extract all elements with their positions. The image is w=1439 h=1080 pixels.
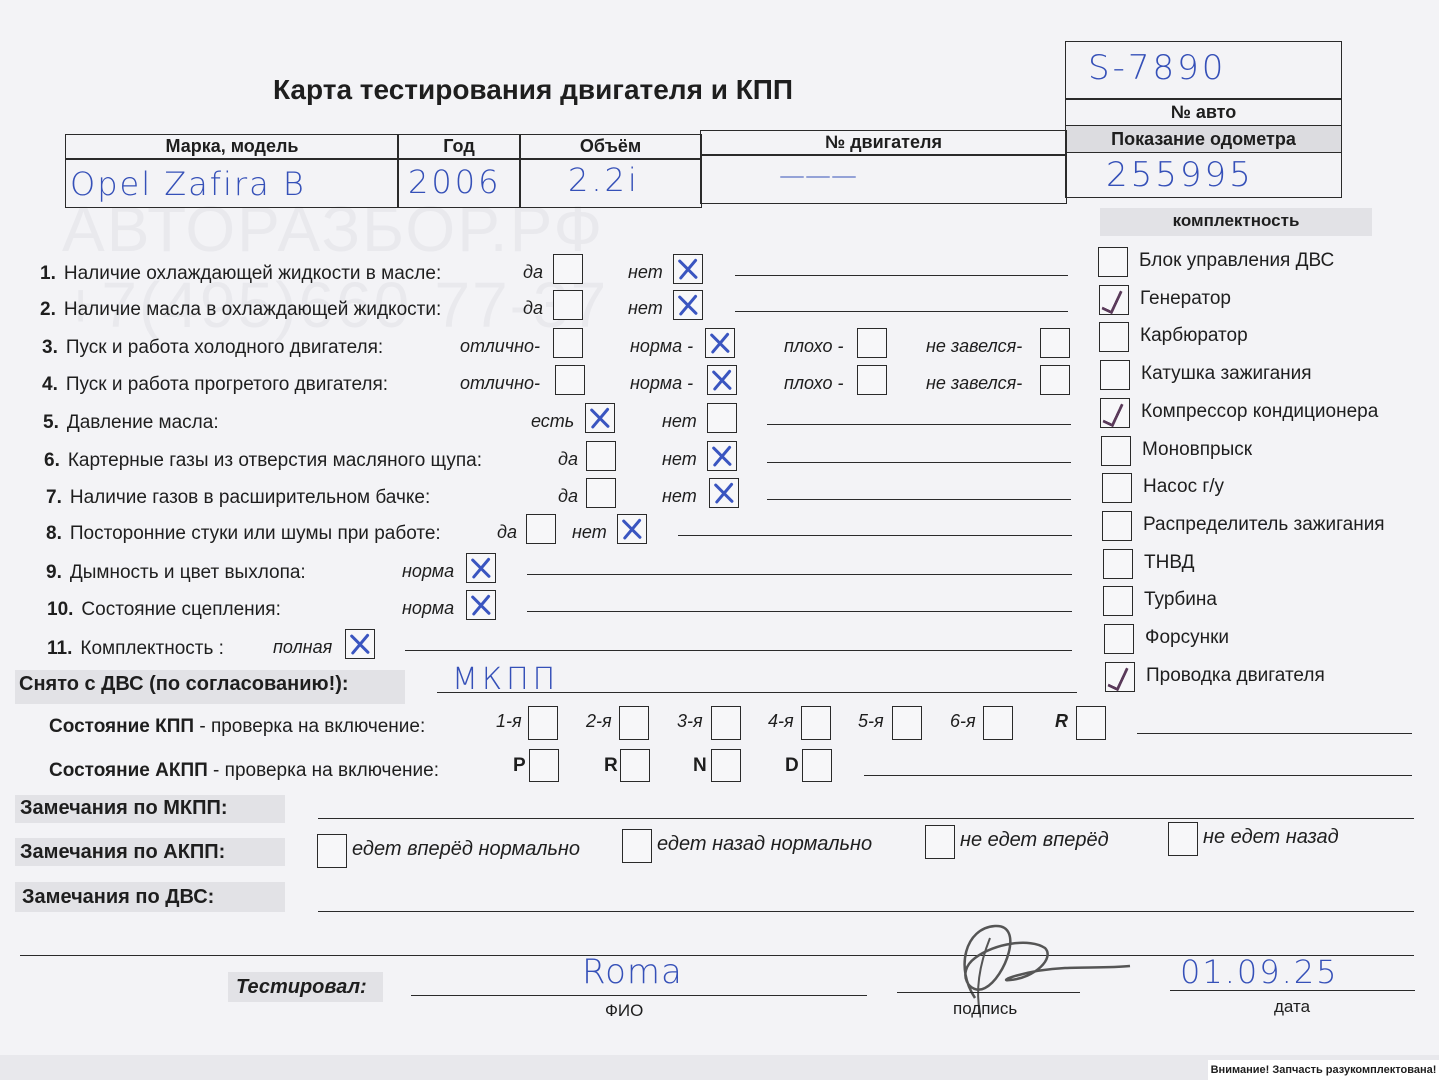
remarks-manual-label: Замечания по МКПП: <box>20 797 228 820</box>
auto-remark-label: не едет назад <box>1203 826 1339 849</box>
check-option-label: есть <box>531 411 574 432</box>
auto-gear-checkbox[interactable] <box>802 749 832 782</box>
auto-gear-checkbox[interactable] <box>711 749 741 782</box>
kit-item-checkbox[interactable] <box>1105 662 1135 692</box>
check-row-label: 1.Наличие охлаждающей жидкости в масле: <box>40 263 441 285</box>
year-field[interactable]: 2006 <box>397 158 521 208</box>
warning-label: Внимание! Запчасть разукомплектована! <box>1208 1060 1439 1080</box>
check-row-label: 6.Картерные газы из отверстия масляного … <box>44 450 482 472</box>
check-notes-line[interactable] <box>527 574 1072 575</box>
kit-item-label: Карбюратор <box>1140 325 1248 347</box>
auto-remark-checkbox[interactable] <box>622 829 652 863</box>
check-row-text: Наличие газов в расширительном бачке: <box>70 487 430 508</box>
kit-item-checkbox[interactable] <box>1102 473 1132 503</box>
kit-item-label: Компрессор кондиционера <box>1141 401 1378 423</box>
manual-gear-checkbox[interactable] <box>801 706 831 740</box>
check-option-checkbox[interactable] <box>857 365 887 395</box>
check-option-label: нет <box>572 522 607 543</box>
manual-gear-checkbox[interactable] <box>528 706 558 740</box>
kit-item-label: ТНВД <box>1144 552 1194 574</box>
check-option-label: плохо - <box>784 336 843 357</box>
tester-name-caption: ФИО <box>605 1001 643 1021</box>
check-row-number: 9. <box>46 562 62 583</box>
kit-item-checkbox[interactable] <box>1103 586 1133 616</box>
check-row-label: 4.Пуск и работа прогретого двигателя: <box>42 374 388 396</box>
odometer-field[interactable]: 255995 <box>1065 152 1342 198</box>
car-number-label: № авто <box>1065 98 1342 126</box>
check-row-text: Наличие масла в охлаждающей жидкости: <box>64 299 441 320</box>
manual-gear-checkbox[interactable] <box>1076 706 1106 740</box>
check-option-checkbox[interactable] <box>586 441 616 471</box>
manual-gear-checkbox[interactable] <box>892 706 922 740</box>
check-option-checkbox[interactable] <box>466 590 496 620</box>
kit-item-label: Генератор <box>1140 288 1231 310</box>
check-option-label: норма - <box>630 373 693 394</box>
auto-gear-checkbox[interactable] <box>620 749 650 782</box>
col-header-year: Год <box>397 134 521 160</box>
check-row-label: 3.Пуск и работа холодного двигателя: <box>42 337 383 359</box>
check-row-number: 1. <box>40 263 56 284</box>
check-option-checkbox[interactable] <box>709 478 739 508</box>
check-row-text: Комплектность : <box>80 638 224 659</box>
check-notes-line[interactable] <box>735 275 1068 276</box>
check-option-label: норма <box>402 561 454 582</box>
check-notes-line[interactable] <box>678 535 1072 536</box>
date-caption: дата <box>1274 997 1310 1017</box>
check-notes-line[interactable] <box>767 499 1071 500</box>
check-option-checkbox[interactable] <box>857 328 887 358</box>
make-model-field[interactable]: Opel Zafira B <box>65 158 399 208</box>
tester-name-line[interactable] <box>411 995 867 996</box>
removed-label: Снято с ДВС (по согласованию!): <box>19 673 349 696</box>
check-option-label: отлично- <box>460 336 540 357</box>
date-line[interactable] <box>1170 990 1415 991</box>
remarks-engine-line[interactable] <box>318 911 1414 912</box>
manual-gearbox-label-rest: - проверка на включение: <box>194 716 425 737</box>
kit-item-checkbox[interactable] <box>1102 511 1132 541</box>
tester-name-value: Roma <box>582 952 683 992</box>
check-row-text: Пуск и работа прогретого двигателя: <box>66 374 388 395</box>
check-option-label: да <box>523 262 543 283</box>
kit-item-label: Проводка двигателя <box>1146 665 1325 687</box>
kit-item-label: Блок управления ДВС <box>1139 250 1334 272</box>
kit-item-checkbox[interactable] <box>1099 285 1129 315</box>
check-row-number: 7. <box>46 487 62 508</box>
remarks-auto-label: Замечания по АКПП: <box>20 841 225 864</box>
check-option-label: норма <box>402 598 454 619</box>
auto-remark-label: едет назад нормально <box>657 833 872 856</box>
auto-gearbox-label-bold: Состояние АКПП <box>49 760 208 781</box>
tested-by-label: Тестировал: <box>236 976 367 999</box>
check-option-checkbox[interactable] <box>707 365 737 395</box>
check-row-number: 3. <box>42 337 58 358</box>
signature-caption: подпись <box>953 999 1017 1019</box>
check-option-label: да <box>558 486 578 507</box>
check-row-number: 10. <box>47 599 73 620</box>
check-option-checkbox[interactable] <box>466 553 496 583</box>
check-option-checkbox[interactable] <box>707 403 737 433</box>
check-row-label: 2.Наличие масла в охлаждающей жидкости: <box>40 299 441 321</box>
col-header-make-model: Марка, модель <box>65 134 399 160</box>
manual-gear-label: 3-я <box>677 711 703 732</box>
kit-item-checkbox[interactable] <box>1100 398 1130 428</box>
manual-gear-label: 1-я <box>496 711 522 732</box>
check-option-label: отлично- <box>460 373 540 394</box>
car-number-field[interactable]: S-7890 <box>1065 41 1342 100</box>
manual-gear-label: R <box>1055 711 1068 732</box>
check-row-number: 6. <box>44 450 60 471</box>
check-option-label: плохо - <box>784 373 843 394</box>
check-row-label: 8.Посторонние стуки или шумы при работе: <box>46 523 441 545</box>
check-option-label: полная <box>273 637 332 658</box>
check-row-number: 5. <box>43 412 59 433</box>
auto-remark-label: едет вперёд нормально <box>352 838 580 861</box>
signature-line[interactable] <box>897 992 1080 993</box>
kit-item-checkbox[interactable] <box>1101 436 1131 466</box>
check-option-checkbox[interactable] <box>1040 328 1070 358</box>
check-option-label: не завелся- <box>926 373 1022 394</box>
volume-value: 2.2i <box>568 161 640 199</box>
check-option-label: не завелся- <box>926 336 1022 357</box>
check-row-label: 10.Состояние сцепления: <box>47 599 281 621</box>
kit-item-label: Катушка зажигания <box>1141 363 1312 385</box>
check-row-text: Пуск и работа холодного двигателя: <box>66 337 383 358</box>
check-notes-line[interactable] <box>405 650 1072 651</box>
check-option-checkbox[interactable] <box>705 328 735 358</box>
auto-gears-line[interactable] <box>864 775 1412 776</box>
check-option-label: да <box>497 522 517 543</box>
remarks-manual-line[interactable] <box>318 818 1414 819</box>
volume-field[interactable]: 2.2i <box>519 158 702 208</box>
auto-remark-checkbox[interactable] <box>1168 822 1198 856</box>
auto-gear-label: N <box>693 755 707 777</box>
auto-gear-label: D <box>785 755 799 777</box>
check-row-text: Давление масла: <box>67 412 219 433</box>
auto-gear-checkbox[interactable] <box>529 749 559 782</box>
check-option-checkbox[interactable] <box>555 365 585 395</box>
check-row-number: 11. <box>47 638 72 659</box>
check-option-label: нет <box>628 298 663 319</box>
manual-gear-checkbox[interactable] <box>711 706 741 740</box>
check-option-checkbox[interactable] <box>553 254 583 284</box>
kit-item-checkbox[interactable] <box>1100 360 1130 390</box>
auto-gear-label: R <box>604 755 618 777</box>
check-notes-line[interactable] <box>767 462 1071 463</box>
check-row-number: 2. <box>40 299 56 320</box>
kit-item-checkbox[interactable] <box>1098 247 1128 277</box>
kit-item-checkbox[interactable] <box>1099 322 1129 352</box>
check-row-label: 11.Комплектность : <box>47 638 224 660</box>
engine-number-field[interactable]: ——— <box>700 154 1067 204</box>
check-option-checkbox[interactable] <box>707 441 737 471</box>
check-row-text: Посторонние стуки или шумы при работе: <box>70 523 441 544</box>
car-number-value: S-7890 <box>1088 48 1226 88</box>
kit-item-label: Распределитель зажигания <box>1143 514 1385 536</box>
check-option-checkbox[interactable] <box>586 478 616 508</box>
check-option-label: нет <box>628 262 663 283</box>
check-row-text: Состояние сцепления: <box>81 599 280 620</box>
check-row-text: Дымность и цвет выхлопа: <box>70 562 306 583</box>
col-header-engine-number: № двигателя <box>700 130 1067 156</box>
check-option-checkbox[interactable] <box>553 328 583 358</box>
manual-gearbox-label: Состояние КПП - проверка на включение: <box>49 716 425 738</box>
check-notes-line[interactable] <box>527 611 1072 612</box>
odometer-label: Показание одометра <box>1065 125 1342 153</box>
kit-item-label: Моновпрыск <box>1142 439 1252 461</box>
manual-gearbox-label-bold: Состояние КПП <box>49 716 194 737</box>
kit-item-label: Насос г/у <box>1143 476 1224 498</box>
auto-gear-label: P <box>513 755 526 777</box>
kit-title: комплектность <box>1100 211 1372 231</box>
manual-gear-label: 5-я <box>858 711 884 732</box>
manual-gear-checkbox[interactable] <box>983 706 1013 740</box>
check-option-checkbox[interactable] <box>553 290 583 320</box>
check-option-label: нет <box>662 486 697 507</box>
check-row-number: 4. <box>42 374 58 395</box>
manual-gear-label: 6-я <box>950 711 976 732</box>
manual-gears-line[interactable] <box>1137 733 1412 734</box>
check-option-checkbox[interactable] <box>617 514 647 544</box>
check-option-checkbox[interactable] <box>345 629 375 659</box>
auto-remark-checkbox[interactable] <box>925 825 955 859</box>
year-value: 2006 <box>408 163 501 201</box>
check-notes-line[interactable] <box>767 424 1071 425</box>
check-option-label: да <box>523 298 543 319</box>
kit-item-label: Турбина <box>1144 589 1217 611</box>
check-option-checkbox[interactable] <box>673 254 703 284</box>
check-option-label: нет <box>662 449 697 470</box>
check-row-text: Наличие охлаждающей жидкости в масле: <box>64 263 441 284</box>
check-option-checkbox[interactable] <box>585 403 615 433</box>
engine-number-value: ——— <box>779 161 857 191</box>
check-option-label: да <box>558 449 578 470</box>
remarks-engine-label: Замечания по ДВС: <box>22 886 214 909</box>
check-option-checkbox[interactable] <box>673 290 703 320</box>
check-option-checkbox[interactable] <box>1040 365 1070 395</box>
kit-item-checkbox[interactable] <box>1104 624 1134 654</box>
auto-gearbox-label: Состояние АКПП - проверка на включение: <box>49 760 439 782</box>
date-value: 01.09.25 <box>1180 953 1339 991</box>
check-row-label: 7.Наличие газов в расширительном бачке: <box>46 487 430 509</box>
page-title: Карта тестирования двигателя и КПП <box>273 74 793 106</box>
check-row-label: 9.Дымность и цвет выхлопа: <box>46 562 306 584</box>
manual-gear-label: 4-я <box>768 711 794 732</box>
odometer-value: 255995 <box>1106 155 1254 195</box>
auto-remark-checkbox[interactable] <box>317 834 347 868</box>
manual-gear-checkbox[interactable] <box>619 706 649 740</box>
col-header-volume: Объём <box>519 134 702 160</box>
check-row-number: 8. <box>46 523 62 544</box>
manual-gear-label: 2-я <box>586 711 612 732</box>
make-model-value: Opel Zafira B <box>70 165 306 203</box>
kit-item-checkbox[interactable] <box>1103 549 1133 579</box>
kit-item-label: Форсунки <box>1145 627 1229 649</box>
check-option-label: норма - <box>630 336 693 357</box>
check-option-checkbox[interactable] <box>526 514 556 544</box>
removed-line[interactable] <box>437 692 1077 693</box>
auto-remark-label: не едет вперёд <box>960 829 1109 852</box>
check-option-label: нет <box>662 411 697 432</box>
check-row-label: 5.Давление масла: <box>43 412 219 434</box>
auto-gearbox-label-rest: - проверка на включение: <box>208 760 439 781</box>
check-notes-line[interactable] <box>735 311 1068 312</box>
check-row-text: Картерные газы из отверстия масляного щу… <box>68 450 482 471</box>
